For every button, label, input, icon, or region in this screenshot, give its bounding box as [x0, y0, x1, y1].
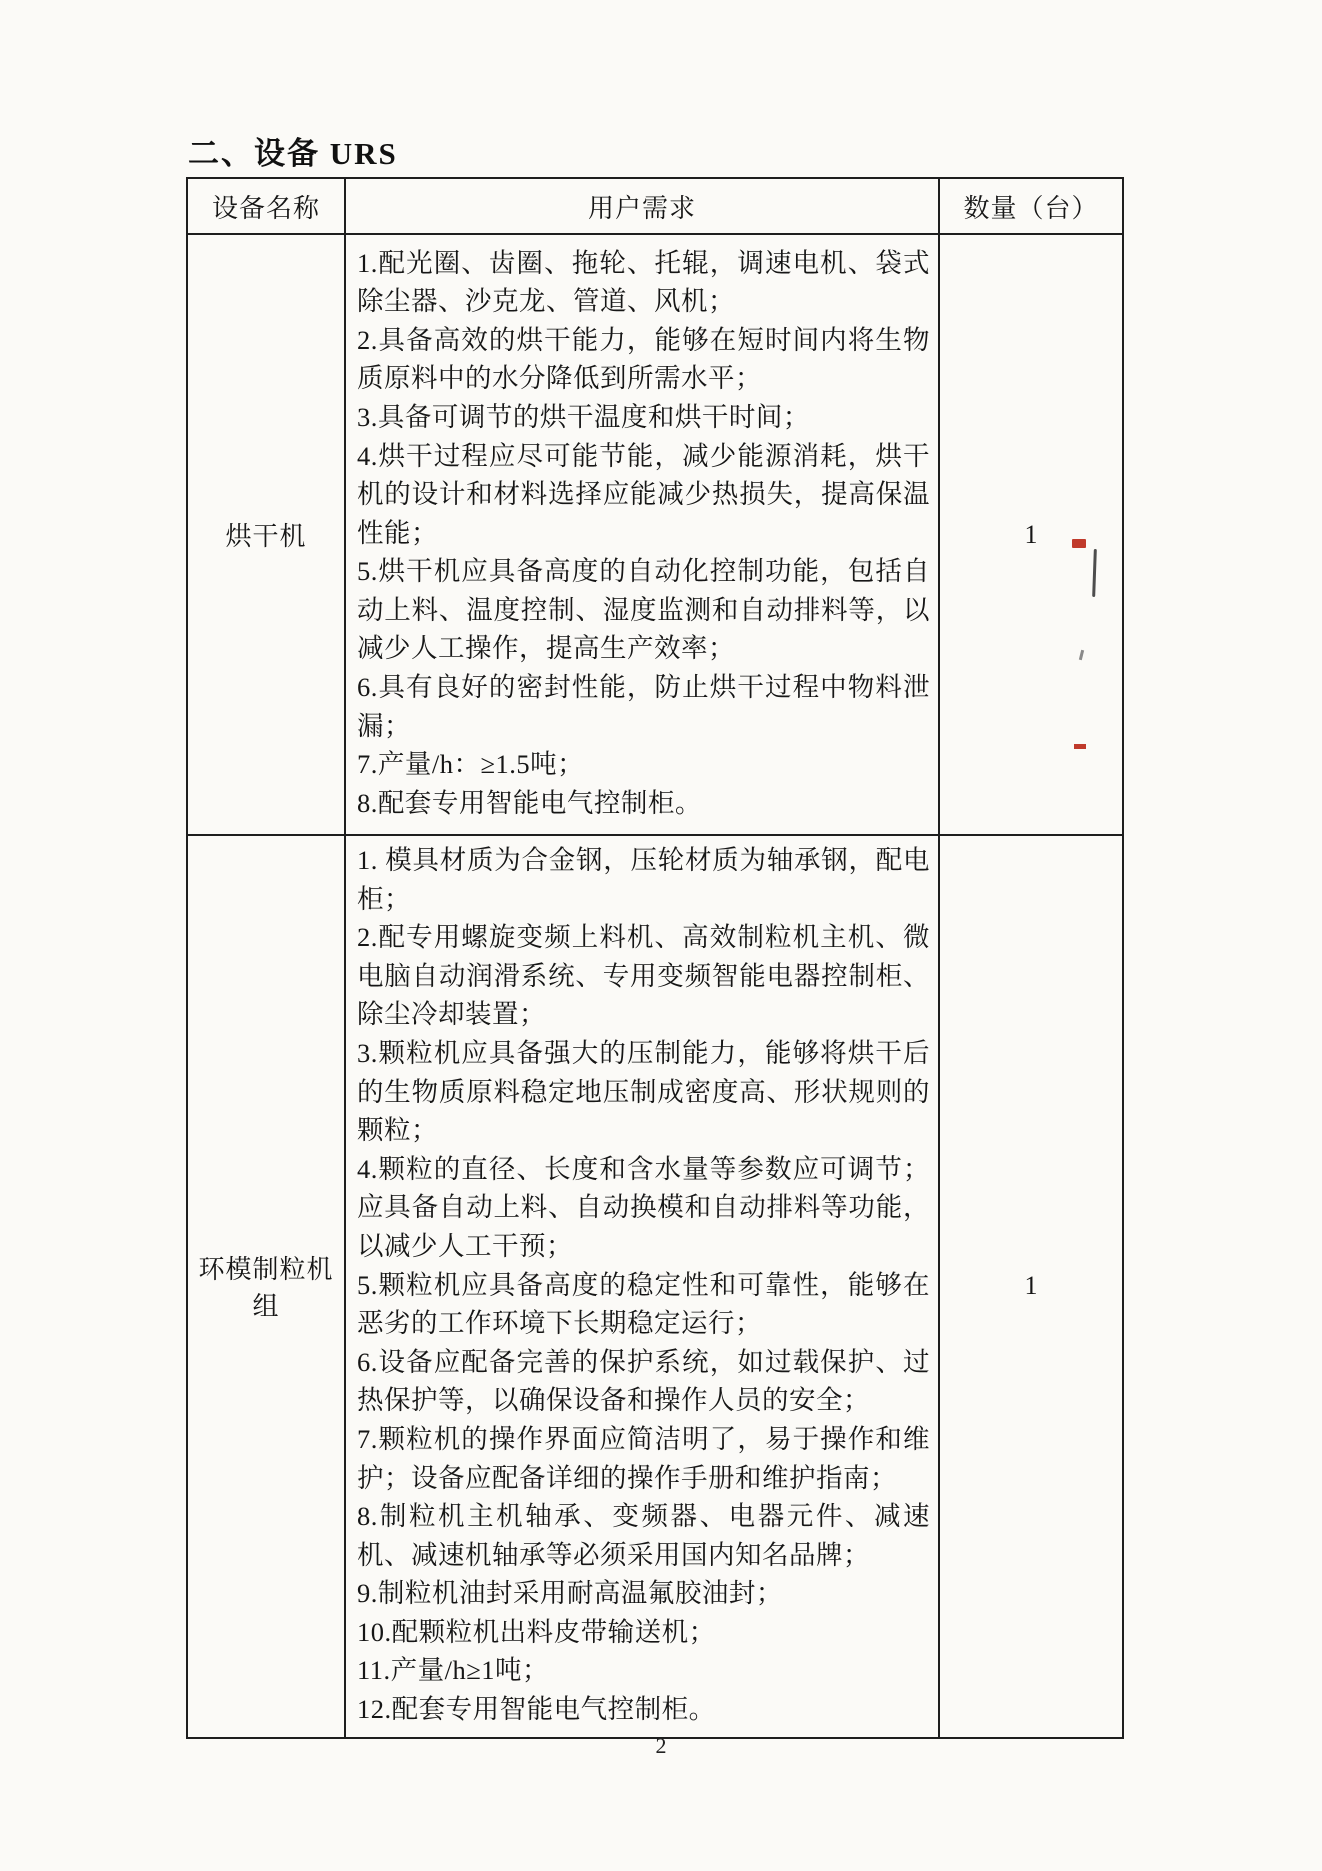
requirement-line: 1.配光圈、齿圈、拖轮、托辊，调速电机、袋式除尘器、沙克龙、管道、风机；: [357, 244, 930, 321]
header-user-requirements: 用户需求: [345, 178, 939, 234]
requirement-line: 5.烘干机应具备高度的自动化控制功能，包括自动上料、温度控制、湿度监测和自动排料…: [357, 552, 930, 668]
requirement-line: 2.配专用螺旋变频上料机、高效制粒机主机、微电脑自动润滑系统、专用变频智能电器控…: [357, 918, 930, 1034]
header-equipment-name: 设备名称: [187, 178, 345, 234]
requirement-line: 7.产量/h：≥1.5吨；: [357, 745, 930, 784]
requirement-line: 11.产量/h≥1吨；: [357, 1651, 930, 1690]
requirement-line: 4.颗粒的直径、长度和含水量等参数应可调节；应具备自动上料、自动换模和自动排料等…: [357, 1150, 930, 1266]
requirement-line: 8.配套专用智能电气控制柜。: [357, 784, 930, 823]
requirements-list-pellet-mill: 1. 模具材质为合金钢，压轮材质为轴承钢，配电柜；2.配专用螺旋变频上料机、高效…: [345, 835, 939, 1738]
equipment-urs-table: 设备名称 用户需求 数量（台） 烘干机 1.配光圈、齿圈、拖轮、托辊，调速电机、…: [186, 177, 1124, 1739]
requirement-line: 1. 模具材质为合金钢，压轮材质为轴承钢，配电柜；: [357, 841, 930, 918]
section-title: 二、设备 URS: [188, 128, 398, 173]
requirement-line: 8.制粒机主机轴承、变频器、电器元件、减速机、减速机轴承等必须采用国内知名品牌；: [357, 1497, 930, 1574]
requirement-line: 12.配套专用智能电气控制柜。: [357, 1690, 930, 1729]
table-row: 环模制粒机组 1. 模具材质为合金钢，压轮材质为轴承钢，配电柜；2.配专用螺旋变…: [187, 835, 1123, 1738]
quantity-value-pellet-mill: 1: [939, 835, 1123, 1738]
requirement-line: 2.具备高效的烘干能力，能够在短时间内将生物质原料中的水分降低到所需水平；: [357, 321, 930, 398]
red-square-annotation-mark: [1072, 539, 1086, 548]
quantity-value-dryer: 1: [939, 234, 1123, 835]
header-quantity: 数量（台）: [939, 178, 1123, 234]
equipment-name-dryer: 烘干机: [187, 234, 345, 835]
requirement-line: 5.颗粒机应具备高度的稳定性和可靠性，能够在恶劣的工作环境下长期稳定运行；: [357, 1266, 930, 1343]
requirement-line: 6.具有良好的密封性能，防止烘干过程中物料泄漏；: [357, 668, 930, 745]
requirement-line: 4.烘干过程应尽可能节能，减少能源消耗，烘干机的设计和材料选择应能减少热损失，提…: [357, 437, 930, 553]
requirement-line: 3.颗粒机应具备强大的压制能力，能够将烘干后的生物质原料稳定地压制成密度高、形状…: [357, 1034, 930, 1150]
requirement-line: 9.制粒机油封采用耐高温氟胶油封；: [357, 1574, 930, 1613]
table-row: 烘干机 1.配光圈、齿圈、拖轮、托辊，调速电机、袋式除尘器、沙克龙、管道、风机；…: [187, 234, 1123, 835]
requirement-line: 3.具备可调节的烘干温度和烘干时间；: [357, 398, 930, 437]
requirement-line: 10.配颗粒机出料皮带输送机；: [357, 1613, 930, 1652]
requirement-line: 6.设备应配备完善的保护系统，如过载保护、过热保护等，以确保设备和操作人员的安全…: [357, 1343, 930, 1420]
page-number: 2: [656, 1733, 667, 1759]
document-page: 二、设备 URS 设备名称 用户需求 数量（台） 烘干机 1.配光圈、齿圈、拖轮…: [0, 0, 1322, 1871]
table-header-row: 设备名称 用户需求 数量（台）: [187, 178, 1123, 234]
red-dash-annotation-mark: [1074, 744, 1086, 749]
requirements-list-dryer: 1.配光圈、齿圈、拖轮、托辊，调速电机、袋式除尘器、沙克龙、管道、风机；2.具备…: [345, 234, 939, 835]
requirement-line: 7.颗粒机的操作界面应简洁明了，易于操作和维护；设备应配备详细的操作手册和维护指…: [357, 1420, 930, 1497]
equipment-name-pellet-mill: 环模制粒机组: [187, 835, 345, 1738]
